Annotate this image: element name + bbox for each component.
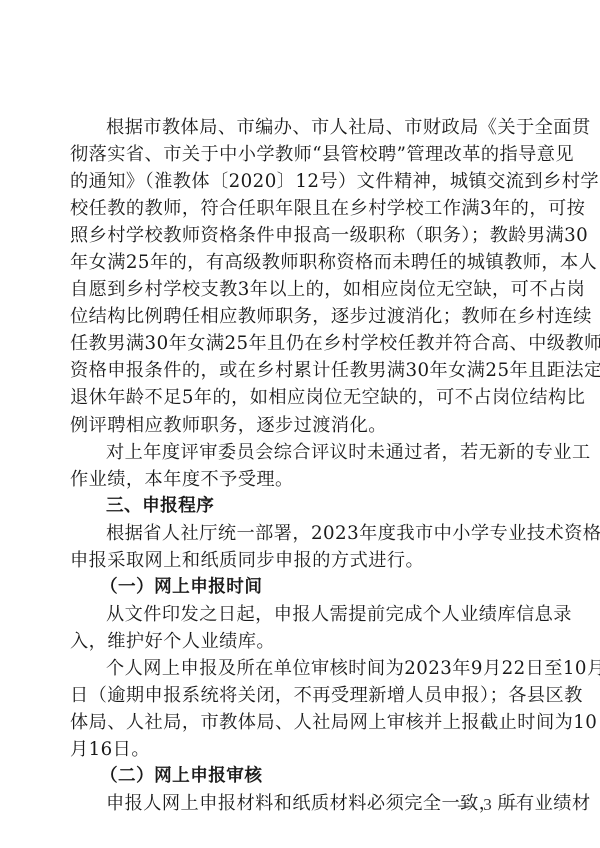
paragraph-line: 日（逾期申报系统将关闭，不再受理新增人员申报）；各县区教 (70, 682, 526, 709)
paragraph-line: 根据省人社厅统一部署，2023年度我市中小学专业技术资格 (70, 520, 526, 547)
document-body: 根据市教体局、市编办、市人社局、市财政局《关于全面贯 彻落实省、市关于中小学教师… (70, 114, 526, 817)
paragraph-line: 体局、人社局，市教体局、人社局网上审核并上报截止时间为10 (70, 709, 526, 736)
paragraph-line: 位结构比例聘任相应教师职务，逐步过渡消化；教师在乡村连续 (70, 303, 526, 330)
page-number: — 3 — (458, 795, 519, 815)
paragraph-line: 彻落实省、市关于中小学教师“县管校聘”管理改革的指导意见 (70, 141, 526, 168)
paragraph-line: 任教男满30年女满25年且仍在乡村学校任教并符合高、中级教师 (70, 330, 526, 357)
paragraph-line: 年女满25年的，有高级教师职称资格而未聘任的城镇教师，本人 (70, 249, 526, 276)
paragraph-line: 例评聘相应教师职务，逐步过渡消化。 (70, 412, 526, 439)
paragraph-line: 个人网上申报及所在单位审核时间为2023年9月22日至10月8 (70, 655, 526, 682)
paragraph-line: 退休年龄不足5年的，如相应岗位无空缺的，可不占岗位结构比 (70, 384, 526, 411)
paragraph-line: 从文件印发之日起，申报人需提前完成个人业绩库信息录 (70, 601, 526, 628)
paragraph-line: 资格申报条件的，或在乡村累计任教男满30年女满25年且距法定 (70, 357, 526, 384)
section-heading: 三、申报程序 (70, 493, 526, 520)
paragraph-line: 的通知》（淮教体〔2020〕12号）文件精神，城镇交流到乡村学 (70, 168, 526, 195)
paragraph-line: 自愿到乡村学校支教3年以上的，如相应岗位无空缺，可不占岗 (70, 276, 526, 303)
paragraph-line: 对上年度评审委员会综合评议时未通过者，若无新的专业工 (70, 439, 526, 466)
paragraph-line: 入，维护好个人业绩库。 (70, 628, 526, 655)
paragraph-line: 作业绩，本年度不予受理。 (70, 466, 526, 493)
paragraph-line: 根据市教体局、市编办、市人社局、市财政局《关于全面贯 (70, 114, 526, 141)
paragraph-line: 申报采取网上和纸质同步申报的方式进行。 (70, 547, 526, 574)
paragraph-line: 校任教的教师，符合任职年限且在乡村学校工作满3年的，可按 (70, 195, 526, 222)
subsection-heading: （一）网上申报时间 (70, 574, 526, 601)
paragraph-line: 照乡村学校教师资格条件申报高一级职称（职务）；教龄男满30 (70, 222, 526, 249)
subsection-heading: （二）网上申报审核 (70, 763, 526, 790)
paragraph-line: 月16日。 (70, 736, 526, 763)
document-page: 根据市教体局、市编办、市人社局、市财政局《关于全面贯 彻落实省、市关于中小学教师… (0, 0, 600, 848)
